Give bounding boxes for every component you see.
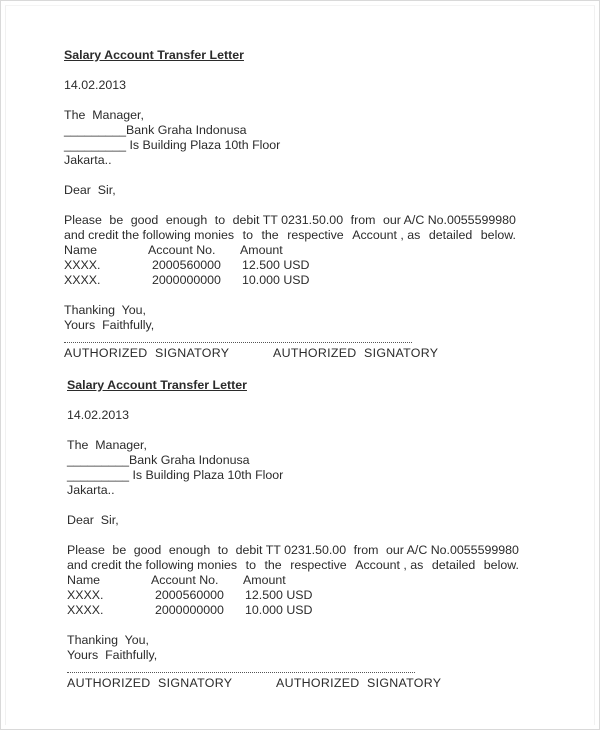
row-amount: 10.000 USD [243, 603, 313, 618]
signature-dotted-line [67, 666, 415, 676]
address-building: _________ Is Building Plaza 10th Floor [64, 138, 534, 153]
body-word: the [261, 228, 278, 243]
body-word: enough [169, 543, 210, 558]
header-amount: Amount [243, 573, 286, 588]
address-recipient: The Manager, [67, 438, 537, 453]
body-word: and credit the following monies [67, 558, 237, 573]
body-word: our A/C No.0055599980 [383, 213, 516, 228]
body-word: our A/C No.0055599980 [386, 543, 519, 558]
body-word: Please [64, 213, 102, 228]
row-account: 2000000000 [148, 273, 240, 288]
table-header: Name Account No. Amount [67, 573, 537, 588]
row-account: 2000000000 [151, 603, 243, 618]
table-row: XXXX. 2000560000 12.500 USD [64, 258, 534, 273]
body-word: Please [67, 543, 105, 558]
address-city: Jakarta.. [64, 153, 534, 168]
signatories: AUTHORIZED SIGNATORY AUTHORIZED SIGNATOR… [64, 346, 534, 361]
body-word: Account , as [352, 228, 420, 243]
body-word: respective [290, 558, 346, 573]
row-name: XXXX. [67, 603, 151, 618]
letter-date: 14.02.2013 [64, 78, 534, 93]
body-word: debit TT 0231.50.00 [236, 543, 346, 558]
header-name: Name [67, 573, 151, 588]
body-word: to [246, 558, 256, 573]
body-word: enough [166, 213, 207, 228]
signatory-2: AUTHORIZED SIGNATORY [273, 346, 438, 361]
signatories: AUTHORIZED SIGNATORY AUTHORIZED SIGNATOR… [67, 676, 537, 691]
body-line-1: Pleasebegoodenoughtodebit TT 0231.50.00f… [67, 543, 519, 558]
address-bank: _________Bank Graha Indonusa [64, 123, 534, 138]
body-line-1: Pleasebegoodenoughtodebit TT 0231.50.00f… [64, 213, 516, 228]
row-amount: 10.000 USD [240, 273, 310, 288]
row-name: XXXX. [64, 273, 148, 288]
closing-sign-off: Yours Faithfully, [67, 648, 537, 663]
table-row: XXXX. 2000560000 12.500 USD [67, 588, 537, 603]
signatory-1: AUTHORIZED SIGNATORY [64, 346, 273, 361]
signatory-2: AUTHORIZED SIGNATORY [276, 676, 441, 691]
row-account: 2000560000 [148, 258, 240, 273]
body-word: below. [481, 228, 516, 243]
letter-title: Salary Account Transfer Letter [64, 48, 534, 63]
table-row: XXXX. 2000000000 10.000 USD [64, 273, 534, 288]
body-word: detailed [432, 558, 475, 573]
body-line-2: and credit the following moniestotheresp… [64, 228, 516, 243]
body-word: to [218, 543, 228, 558]
header-amount: Amount [240, 243, 283, 258]
closing-thanks: Thanking You, [67, 633, 537, 648]
row-name: XXXX. [64, 258, 148, 273]
row-account: 2000560000 [151, 588, 243, 603]
body-word: and credit the following monies [64, 228, 234, 243]
letter-title: Salary Account Transfer Letter [67, 378, 537, 393]
greeting: Dear Sir, [64, 183, 534, 198]
body-line-2: and credit the following moniestotheresp… [67, 558, 519, 573]
table-row: XXXX. 2000000000 10.000 USD [67, 603, 537, 618]
body-word: good [134, 543, 162, 558]
body-word: debit TT 0231.50.00 [233, 213, 343, 228]
body-word: Account , as [355, 558, 423, 573]
body-word: the [264, 558, 281, 573]
body-word: good [131, 213, 159, 228]
row-name: XXXX. [67, 588, 151, 603]
signature-dotted-line [64, 336, 412, 346]
body-word: below. [484, 558, 519, 573]
body-word: to [215, 213, 225, 228]
body-word: from [354, 543, 379, 558]
address-city: Jakarta.. [67, 483, 537, 498]
header-account: Account No. [148, 243, 240, 258]
row-amount: 12.500 USD [240, 258, 310, 273]
greeting: Dear Sir, [67, 513, 537, 528]
body-word: to [243, 228, 253, 243]
address-building: _________ Is Building Plaza 10th Floor [67, 468, 537, 483]
signatory-1: AUTHORIZED SIGNATORY [67, 676, 276, 691]
address-bank: _________Bank Graha Indonusa [67, 453, 537, 468]
address-recipient: The Manager, [64, 108, 534, 123]
body-word: detailed [429, 228, 472, 243]
letter-date: 14.02.2013 [67, 408, 537, 423]
closing-thanks: Thanking You, [64, 303, 534, 318]
body-word: be [112, 543, 126, 558]
closing-sign-off: Yours Faithfully, [64, 318, 534, 333]
header-name: Name [64, 243, 148, 258]
letter-1: Salary Account Transfer Letter 14.02.201… [64, 48, 534, 361]
letter-2: Salary Account Transfer Letter 14.02.201… [67, 378, 537, 691]
body-word: from [351, 213, 376, 228]
body-word: respective [287, 228, 343, 243]
body-word: be [109, 213, 123, 228]
row-amount: 12.500 USD [243, 588, 313, 603]
table-header: Name Account No. Amount [64, 243, 534, 258]
header-account: Account No. [151, 573, 243, 588]
